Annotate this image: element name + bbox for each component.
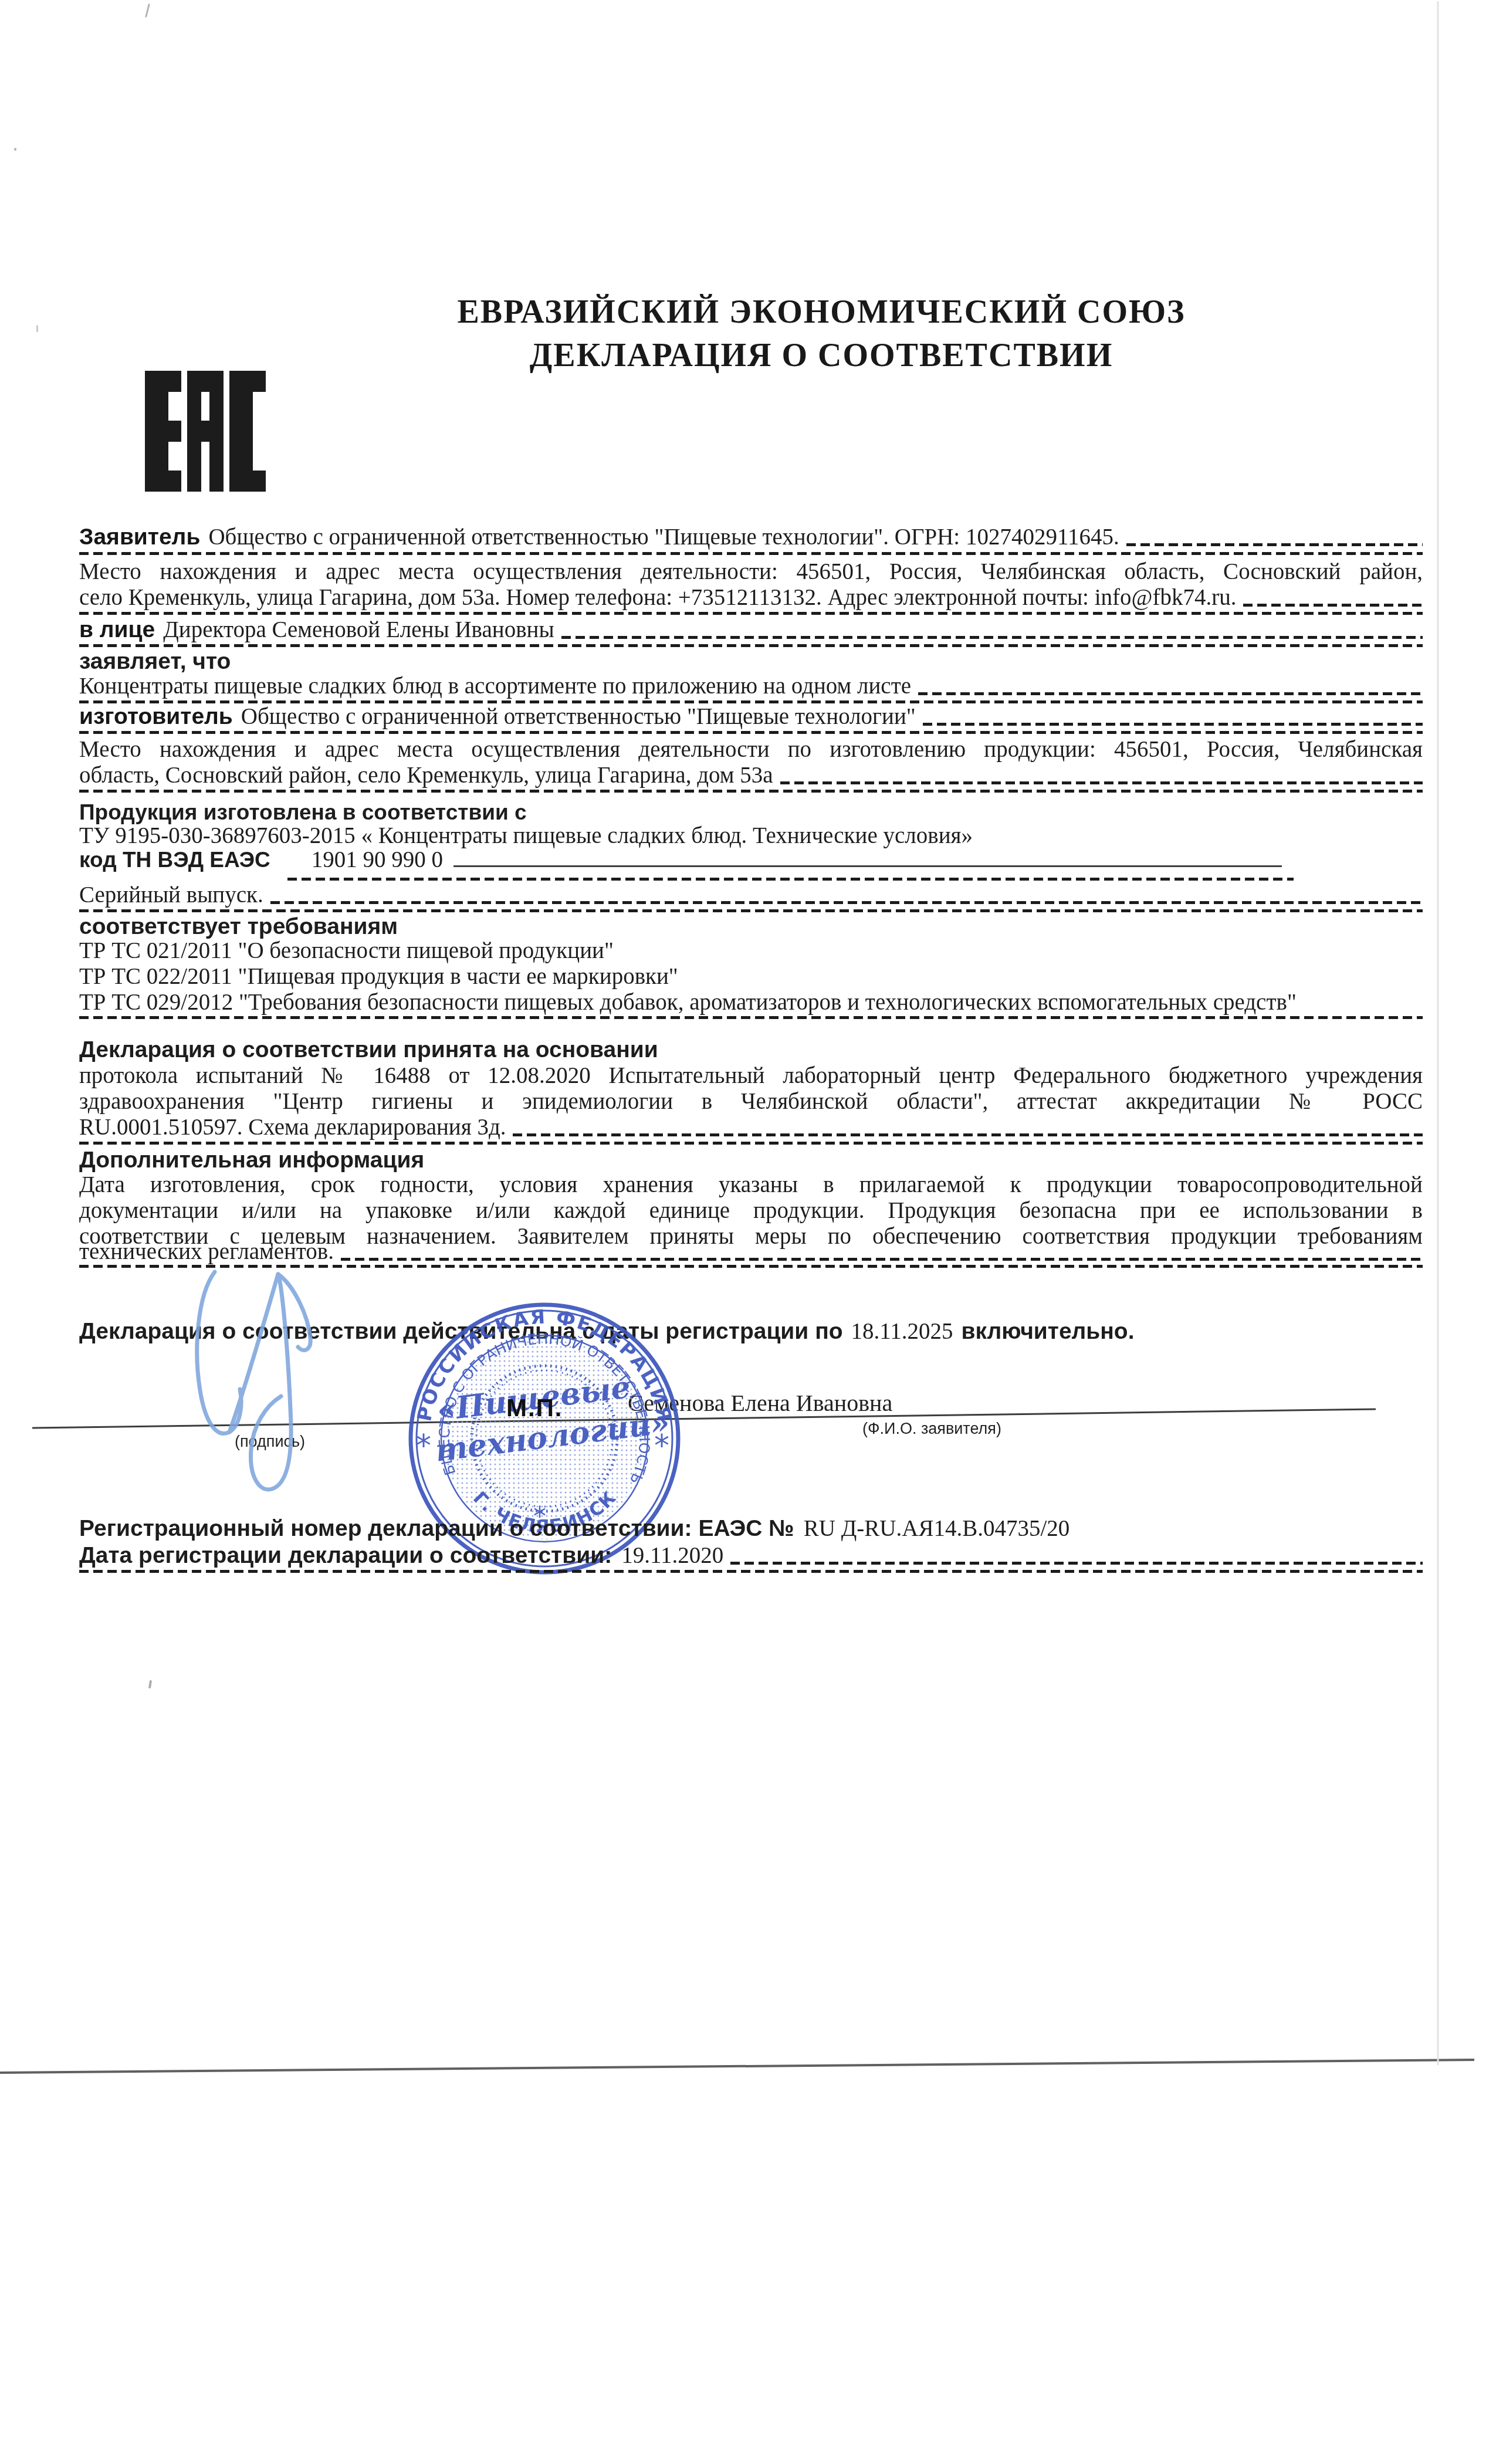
declaration-document: ЕВРАЗИЙСКИЙ ЭКОНОМИЧЕСКИЙ СОЮЗ ДЕКЛАРАЦИ… (0, 0, 1496, 2464)
mfg-address-line1: Место нахождения и адрес места осуществл… (79, 737, 1423, 763)
scan-speck (36, 325, 38, 332)
regulation-line-2: ТР ТС 022/2011 "Пищевая продукция в част… (79, 963, 678, 990)
mfg-address-line2-row: область, Сосновский район, село Кременку… (79, 763, 1423, 788)
dotted-leader (561, 636, 1423, 639)
reg-number-label: Регистрационный номер декларации о соотв… (79, 1516, 794, 1542)
product-value: Концентраты пищевые сладких блюд в ассор… (79, 673, 911, 699)
applicant-label: Заявитель (79, 524, 200, 550)
basis-line1: протокола испытаний № 16488 от 12.08.202… (79, 1063, 1423, 1089)
dotted-leader (780, 781, 1423, 784)
dotted-leader (730, 1562, 1423, 1565)
dotted-rule (79, 552, 1423, 555)
tnved-label: код ТН ВЭД ЕАЭС (79, 847, 270, 873)
validity-suffix: включительно. (962, 1319, 1135, 1345)
in-person-value: Директора Семеновой Елены Ивановны (163, 617, 554, 643)
manufacturer-value: Общество с ограниченной ответственностью… (241, 704, 916, 730)
serial-value: Серийный выпуск. (79, 882, 263, 908)
applicant-address-line1: Место нахождения и адрес места осуществл… (79, 559, 1423, 585)
dotted-leader (918, 692, 1423, 695)
basis-label: Декларация о соответствии принята на осн… (79, 1037, 658, 1063)
dotted-leader (1126, 543, 1423, 546)
dotted-leader (270, 901, 1423, 904)
dotted-rule (79, 644, 1423, 647)
stamp-star-left: * (416, 1429, 431, 1464)
dotted-leader (923, 723, 1423, 726)
reg-number-row: Регистрационный номер декларации о соотв… (79, 1516, 1423, 1542)
applicant-address-line2: село Кременкуль, улица Гагарина, дом 53а… (79, 585, 1236, 611)
basis-line2: здравоохранения "Центр гигиены и эпидеми… (79, 1089, 1423, 1115)
dotted-rule (79, 1570, 1423, 1573)
additional-line2: документации и/или на упаковке и/или каж… (79, 1198, 1423, 1224)
dotted-leader (513, 1133, 1423, 1136)
reg-date-label: Дата регистрации декларации о соответств… (79, 1543, 612, 1569)
made-according-label: Продукция изготовлена в соответствии с (79, 800, 527, 825)
dotted-leader (1243, 604, 1423, 607)
product-row: Концентраты пищевые сладких блюд в ассор… (79, 673, 1423, 699)
in-person-label: в лице (79, 617, 155, 643)
solid-leader (453, 865, 1282, 867)
scan-speck (14, 148, 16, 151)
additional-label: Дополнительная информация (79, 1148, 424, 1173)
doc-title-line1: ЕВРАЗИЙСКИЙ ЭКОНОМИЧЕСКИЙ СОЮЗ (411, 293, 1232, 331)
regulation-line-3: ТР ТС 029/2012 "Требования безопасности … (79, 989, 1297, 1016)
reg-date-row: Дата регистрации декларации о соответств… (79, 1543, 1423, 1569)
complies-label: соответствует требованиям (79, 914, 398, 940)
mfg-address-line2: область, Сосновский район, село Кременку… (79, 763, 773, 788)
in-person-row: в лице Директора Семеновой Елены Ивановн… (79, 617, 1423, 643)
additional-line1: Дата изготовления, срок годности, услови… (79, 1172, 1423, 1198)
dotted-rule (79, 731, 1423, 734)
applicant-address-line2-row: село Кременкуль, улица Гагарина, дом 53а… (79, 585, 1423, 611)
tu-line: ТУ 9195-030-36897603-2015 « Концентраты … (79, 823, 973, 849)
fio-caption: (Ф.И.О. заявителя) (862, 1420, 1001, 1438)
reg-number-value: RU Д-RU.АЯ14.В.04735/20 (804, 1516, 1069, 1542)
dotted-rule (79, 700, 1423, 703)
applicant-row: Заявитель Общество с ограниченной ответс… (79, 524, 1423, 550)
handwritten-signature (176, 1244, 340, 1502)
basis-line3-row: RU.0001.510597. Схема декларирования 3д. (79, 1115, 1423, 1140)
scan-speck (148, 1680, 152, 1688)
eac-logo-icon (145, 371, 266, 492)
doc-title-line2: ДЕКЛАРАЦИЯ О СООТВЕТСТВИИ (411, 337, 1232, 374)
dotted-rule (79, 612, 1423, 615)
applicant-value: Общество с ограниченной ответственностью… (208, 524, 1119, 550)
seal-place-label: М.П. (506, 1394, 563, 1422)
tnved-value: 1901 90 990 0 (312, 847, 443, 873)
dotted-rule (79, 790, 1423, 793)
document-page: { "doc": { "title_line1": "ЕВРАЗИЙСКИЙ Э… (0, 0, 1496, 2464)
manufacturer-label: изготовитель (79, 704, 233, 730)
dotted-rule (79, 1016, 1423, 1019)
reg-date-value: 19.11.2020 (621, 1543, 723, 1569)
basis-line3: RU.0001.510597. Схема декларирования 3д. (79, 1115, 506, 1140)
declares-label: заявляет, что (79, 649, 231, 675)
dotted-rule (287, 878, 1294, 881)
manufacturer-row: изготовитель Общество с ограниченной отв… (79, 704, 1423, 730)
page-bottom-edge (0, 2060, 1474, 2073)
dotted-rule (79, 1142, 1423, 1145)
tnved-row: код ТН ВЭД ЕАЭС 1901 90 990 0 (79, 847, 1423, 873)
regulation-line-1: ТР ТС 021/2011 "О безопасности пищевой п… (79, 937, 614, 964)
dotted-rule (79, 909, 1423, 912)
dotted-leader (341, 1258, 1423, 1261)
scan-speck (145, 4, 150, 18)
validity-date: 18.11.2025 (851, 1319, 953, 1345)
serial-row: Серийный выпуск. (79, 882, 1423, 908)
